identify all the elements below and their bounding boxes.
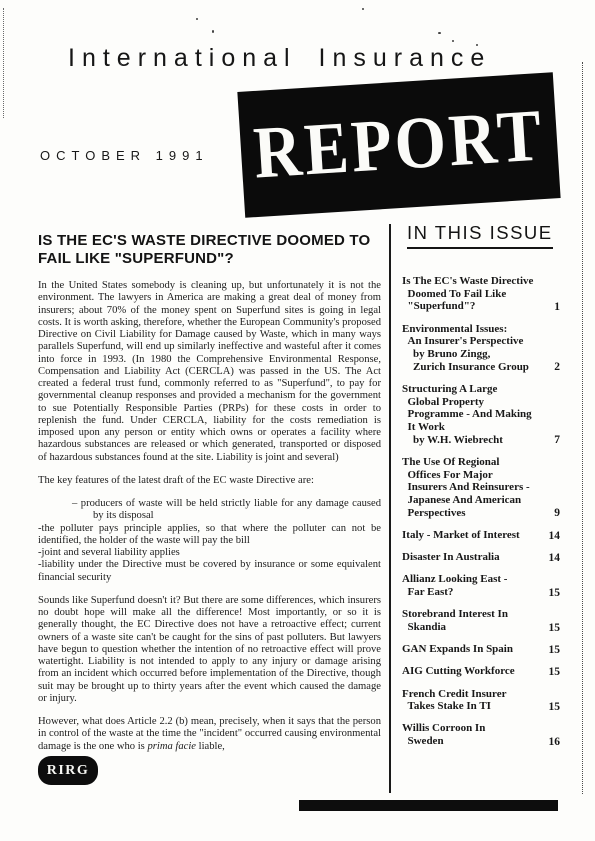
list-item: -the polluter pays principle applies, so… xyxy=(38,523,381,548)
list-item: -joint and several liability applies xyxy=(38,547,381,559)
toc-entry: Italy - Market of Interest 14 xyxy=(402,529,560,542)
toc-entry-title: Disaster In Australia xyxy=(402,551,500,564)
report-badge-text: REPORT xyxy=(251,93,546,196)
article-paragraph-1: In the United States somebody is cleanin… xyxy=(38,280,381,464)
scan-artifact-right-edge xyxy=(582,62,583,794)
scan-noise-dot xyxy=(212,30,214,33)
toc-entry: GAN Expands In Spain 15 xyxy=(402,643,560,656)
scan-noise-dot xyxy=(452,40,454,42)
toc-entry-title: Environmental Issues: An Insurer's Persp… xyxy=(402,323,529,374)
toc-entry-title: Italy - Market of Interest xyxy=(402,529,520,542)
toc-entry-title: French Credit Insurer Takes Stake In TI xyxy=(402,688,507,713)
scan-noise-dot xyxy=(476,44,478,46)
publication-title: International Insurance xyxy=(68,44,488,73)
toc-entry: French Credit Insurer Takes Stake In TI … xyxy=(402,688,560,713)
toc-entry: Storebrand Interest In Skandia 15 xyxy=(402,608,560,633)
article-paragraph-4: However, what does Article 2.2 (b) mean,… xyxy=(38,716,381,753)
toc-entry-title: The Use Of Regional Offices For Major In… xyxy=(402,456,530,520)
toc-entry-page: 16 xyxy=(545,736,561,748)
toc-entry: The Use Of Regional Offices For Major In… xyxy=(402,456,560,520)
scan-noise-dot xyxy=(362,8,364,10)
toc-entry-title: Willis Corroon In Sweden xyxy=(402,722,485,747)
toc-entry-page: 14 xyxy=(545,552,561,564)
toc-entry-page: 15 xyxy=(545,701,561,713)
article-headline: IS THE EC'S WASTE DIRECTIVE DOOMED TO FA… xyxy=(38,232,381,267)
toc-entry: Allianz Looking East - Far East? 15 xyxy=(402,573,560,598)
rirg-logo: RIRG xyxy=(38,756,98,785)
article-paragraph-3: Sounds like Superfund doesn't it? But th… xyxy=(38,595,381,705)
table-of-contents: Is The EC's Waste Directive Doomed To Fa… xyxy=(402,275,560,748)
latin-phrase: prima facie xyxy=(147,741,196,752)
toc-entry-title: AIG Cutting Workforce xyxy=(402,665,515,678)
rirg-logo-text: RIRG xyxy=(47,763,90,779)
toc-entry-page: 15 xyxy=(545,622,561,634)
main-article-column: IS THE EC'S WASTE DIRECTIVE DOOMED TO FA… xyxy=(38,232,381,764)
toc-entry-page: 1 xyxy=(550,301,560,313)
issue-date: OCTOBER 1991 xyxy=(40,148,209,163)
toc-entry-page: 15 xyxy=(545,587,561,599)
toc-entry-page: 9 xyxy=(550,507,560,519)
list-item: – producers of waste will be held strict… xyxy=(38,498,381,523)
article-paragraph-2: The key features of the latest draft of … xyxy=(38,475,381,487)
toc-entry: Environmental Issues: An Insurer's Persp… xyxy=(402,323,560,374)
toc-entry-title: Storebrand Interest In Skandia xyxy=(402,608,508,633)
key-features-list: – producers of waste will be held strict… xyxy=(38,498,381,584)
list-item: -liability under the Directive must be c… xyxy=(38,559,381,584)
scan-artifact-bottom-bar xyxy=(299,800,558,811)
in-this-issue-sidebar: IN THIS ISSUE Is The EC's Waste Directiv… xyxy=(402,222,560,757)
column-divider-rule xyxy=(389,224,391,793)
newsletter-front-page: International Insurance REPORT OCTOBER 1… xyxy=(0,0,595,841)
toc-entry-title: Is The EC's Waste Directive Doomed To Fa… xyxy=(402,275,533,313)
scan-noise-dot xyxy=(196,18,198,20)
toc-entry: Is The EC's Waste Directive Doomed To Fa… xyxy=(402,275,560,313)
toc-entry-page: 2 xyxy=(550,361,560,373)
scan-artifact-left-edge xyxy=(3,8,4,118)
paragraph-text: liable, xyxy=(196,741,225,752)
sidebar-heading: IN THIS ISSUE xyxy=(407,222,553,249)
toc-entry-page: 14 xyxy=(545,530,561,542)
toc-entry-title: Structuring A Large Global Property Prog… xyxy=(402,383,532,447)
toc-entry: AIG Cutting Workforce 15 xyxy=(402,665,560,678)
toc-entry-page: 7 xyxy=(550,434,560,446)
toc-entry-title: Allianz Looking East - Far East? xyxy=(402,573,507,598)
report-badge: REPORT xyxy=(237,72,560,218)
scan-noise-dot xyxy=(438,32,441,34)
toc-entry-page: 15 xyxy=(545,644,561,656)
toc-entry-page: 15 xyxy=(545,666,561,678)
toc-entry-title: GAN Expands In Spain xyxy=(402,643,513,656)
scan-noise-dot xyxy=(120,63,122,65)
toc-entry: Disaster In Australia 14 xyxy=(402,551,560,564)
toc-entry: Structuring A Large Global Property Prog… xyxy=(402,383,560,447)
toc-entry: Willis Corroon In Sweden 16 xyxy=(402,722,560,747)
